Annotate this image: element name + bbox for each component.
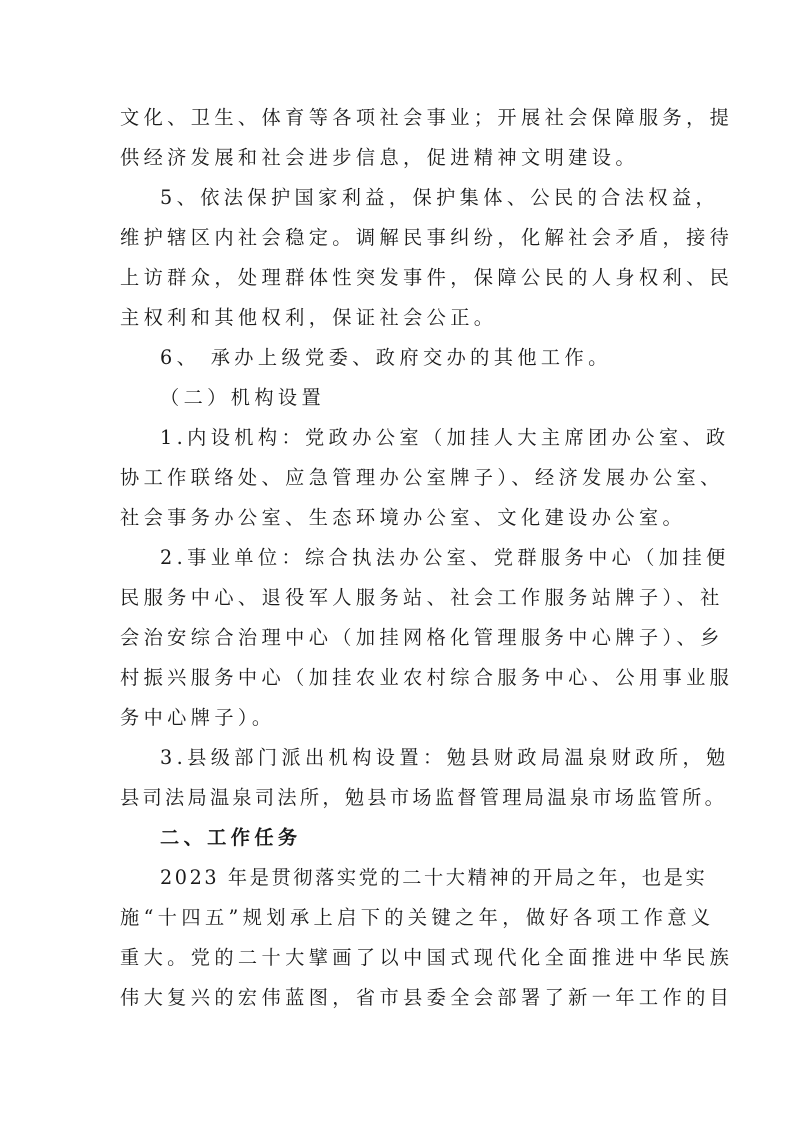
item-6-line: 6、 承办上级党委、政府交办的其他工作。	[160, 338, 720, 378]
paragraph-line: 文化、卫生、体育等各项社会事业；开展社会保障服务，提	[120, 98, 680, 138]
item-2-line: 2.事业单位：综合执法办公室、党群服务中心（加挂便	[160, 538, 720, 578]
paragraph-line: 村振兴服务中心（加挂农业农村综合服务中心、公用事业服	[120, 658, 680, 698]
paragraph-line: 会治安综合治理中心（加挂网格化管理服务中心牌子）、乡	[120, 618, 680, 658]
item-5-line: 5、依法保护国家利益，保护集体、公民的合法权益，	[160, 178, 720, 218]
section-heading: 二、工作任务	[160, 818, 720, 858]
paragraph-line: 协工作联络处、应急管理办公室牌子）、经济发展办公室、	[120, 458, 680, 498]
subsection-heading: （二）机构设置	[160, 378, 720, 418]
paragraph-line: 社会事务办公室、生态环境办公室、文化建设办公室。	[120, 498, 680, 538]
paragraph-line: 维护辖区内社会稳定。调解民事纠纷，化解社会矛盾，接待	[120, 218, 680, 258]
paragraph-line: 重大。党的二十大擘画了以中国式现代化全面推进中华民族	[120, 938, 680, 978]
paragraph-line: 供经济发展和社会进步信息，促进精神文明建设。	[120, 138, 680, 178]
paragraph-line: 主权利和其他权利，保证社会公正。	[120, 298, 680, 338]
paragraph-line: 上访群众，处理群体性突发事件，保障公民的人身权利、民	[120, 258, 680, 298]
paragraph-line: 伟大复兴的宏伟蓝图，省市县委全会部署了新一年工作的目	[120, 978, 680, 1018]
paragraph-line: 2023 年是贯彻落实党的二十大精神的开局之年，也是实	[160, 858, 720, 898]
item-3-line: 3.县级部门派出机构设置：勉县财政局温泉财政所，勉	[160, 738, 720, 778]
item-1-line: 1.内设机构：党政办公室（加挂人大主席团办公室、政	[160, 418, 720, 458]
paragraph-line: 务中心牌子）。	[120, 698, 680, 738]
document-page: 文化、卫生、体育等各项社会事业；开展社会保障服务，提 供经济发展和社会进步信息，…	[0, 0, 793, 1122]
paragraph-line: 民服务中心、退役军人服务站、社会工作服务站牌子）、社	[120, 578, 680, 618]
paragraph-line: 县司法局温泉司法所，勉县市场监督管理局温泉市场监管所。	[120, 778, 680, 818]
paragraph-line: 施“十四五”规划承上启下的关键之年，做好各项工作意义	[120, 898, 680, 938]
